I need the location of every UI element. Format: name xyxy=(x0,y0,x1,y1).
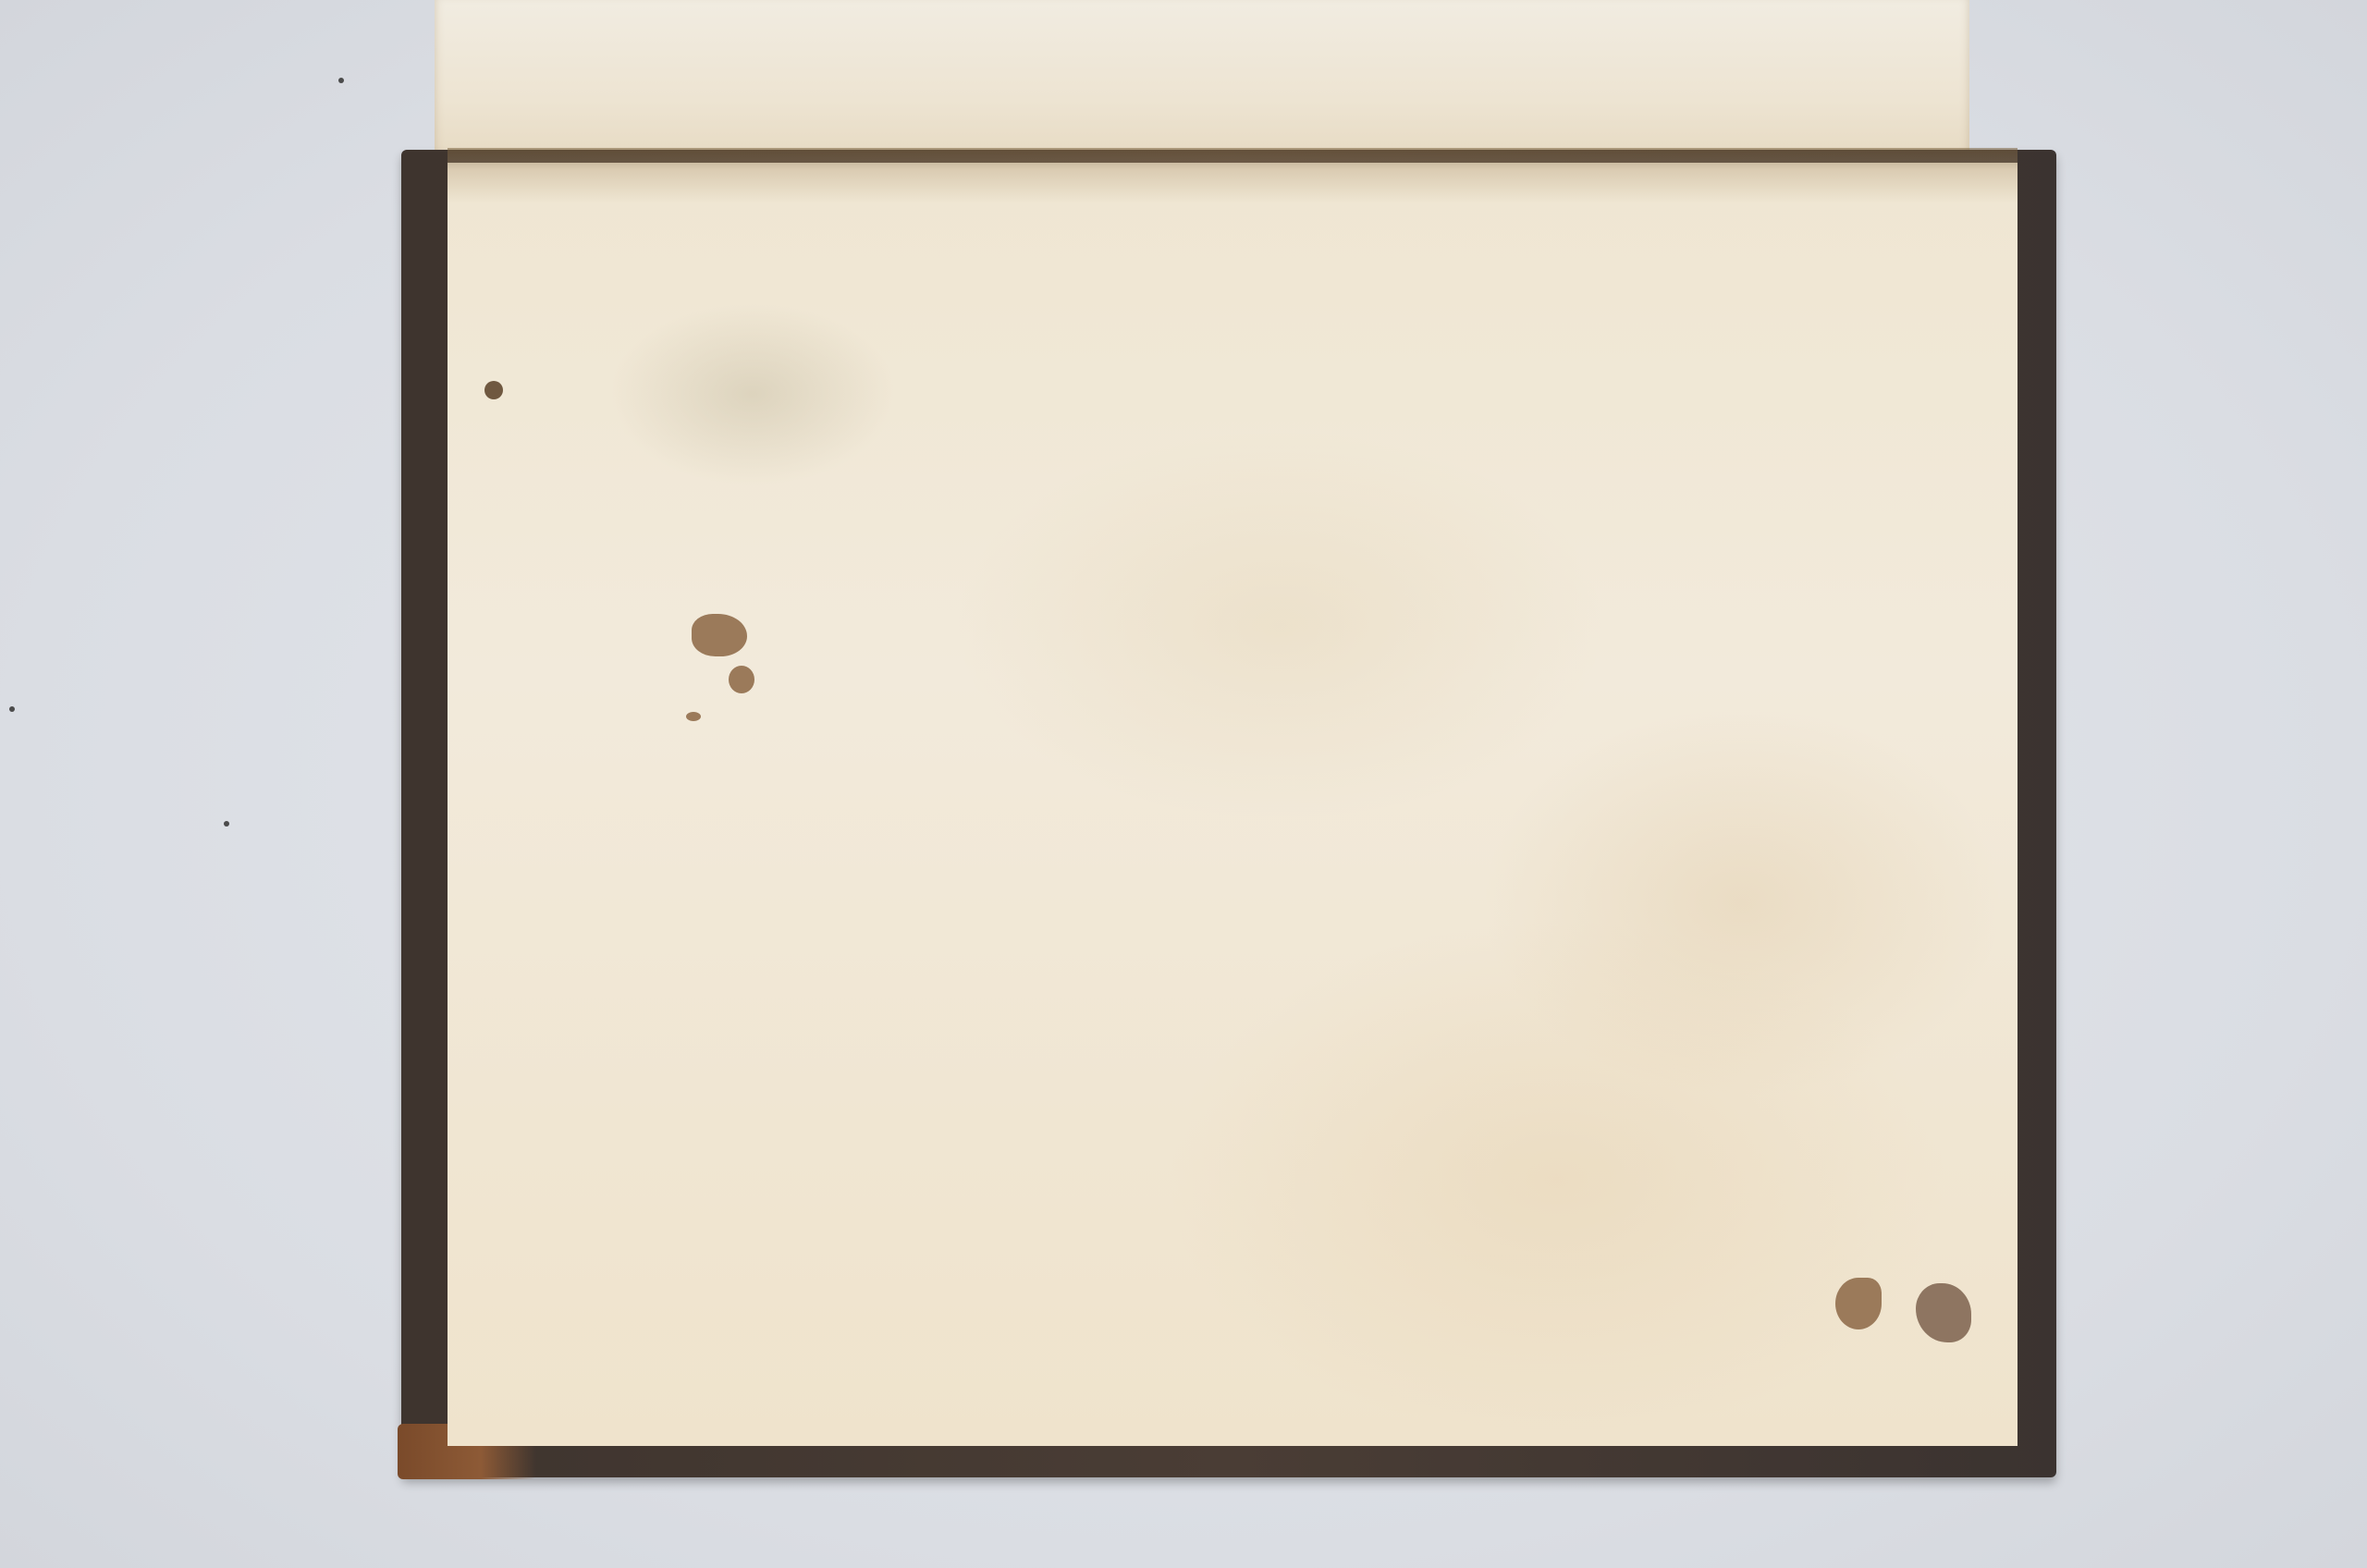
stain-left-dot xyxy=(686,712,701,721)
torn-gutter xyxy=(448,148,2017,203)
book-photo xyxy=(0,0,2367,1568)
dust-speck xyxy=(224,821,229,827)
facing-page xyxy=(435,0,1969,166)
stain-left-lower xyxy=(729,666,754,693)
dust-speck xyxy=(9,706,15,712)
stain-left-upper xyxy=(692,614,747,656)
stain-margin xyxy=(484,381,503,399)
blank-endpaper xyxy=(448,163,2017,1446)
dust-speck xyxy=(338,78,344,83)
stain-right-c xyxy=(1835,1278,1882,1329)
